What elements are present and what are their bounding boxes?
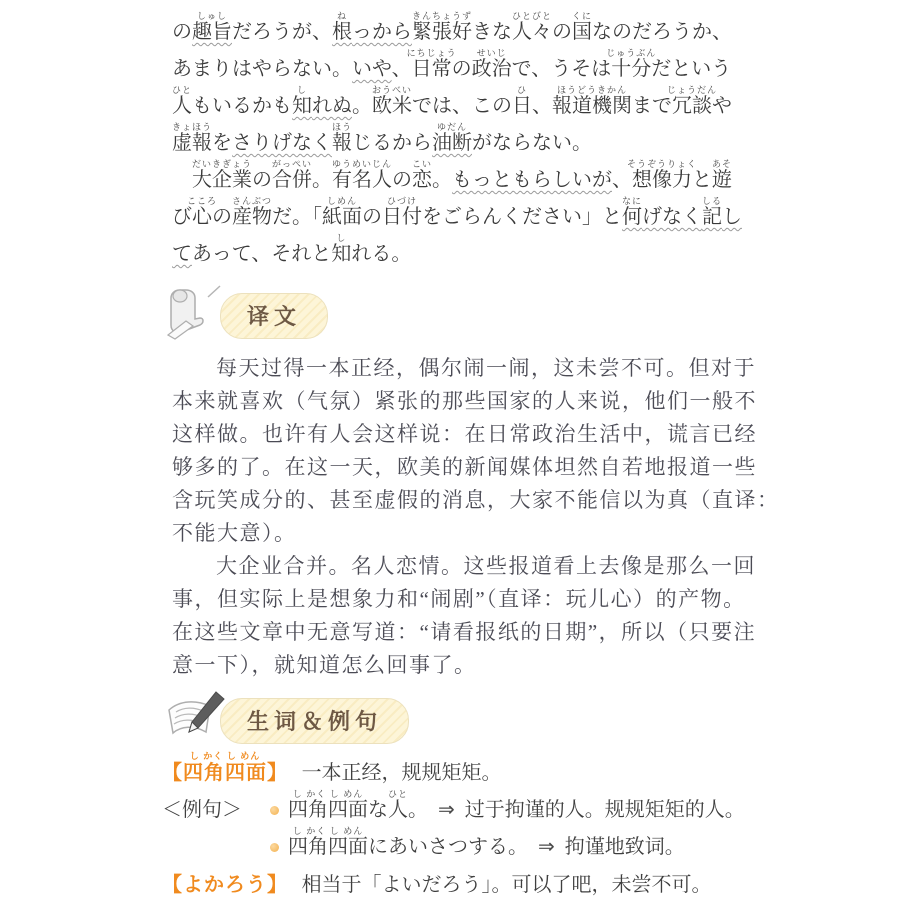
- cn-text-line: 意一下），就知道怎么回事了。: [172, 649, 782, 682]
- vocab-definition: 一本正经，规规矩矩。: [302, 762, 502, 784]
- jp-text-line: 虚報きょほうをさりげなく報ほうじるから油断ゆだんがならない。: [172, 125, 782, 162]
- chinese-translation: 每天过得一本正经，偶尔闹一闹，这未尝不可。但对于本来就喜欢（气氛）紧张的那些国家…: [172, 352, 782, 682]
- section-header-vocab: 生词＆例句: [172, 694, 782, 742]
- example-japanese: 四角四面し かく し めんにあいさつする。: [288, 829, 528, 866]
- vocab-entry: 【よかろう】 相当于「よいだろう」。可以了吧，未尝不可。: [162, 866, 782, 900]
- vocab-entry: 【四角四面し かく し めん】 一本正经，规规矩矩。: [162, 754, 782, 792]
- arrow-glyph: ⇒: [538, 829, 555, 866]
- bullet-icon: [270, 806, 279, 815]
- scroll-icon: [164, 283, 226, 346]
- jp-text-line: の趣旨しゅしだろうが、根ねっから緊張好きんちょうずきな人々ひとびとの国くになのだ…: [172, 14, 782, 51]
- cn-text-line: 大企业合并。名人恋情。这些报道看上去像是那么一回: [172, 550, 782, 583]
- bullet-icon: [270, 843, 279, 852]
- example-japanese: 四角四面し かく し めんな人ひと。: [288, 792, 428, 829]
- cn-text-line: 含玩笑成分的、甚至虚假的消息，大家不能信以为真（直译：: [172, 484, 782, 517]
- example-chinese: 拘谨地致词。: [565, 829, 685, 866]
- jp-text-line: び心こころの産物さんぶつだ。「紙面しめんの日付ひづけをごらんください」と何なにげ…: [172, 199, 782, 236]
- jp-text-line: あまりはやらない。いや、日常にちじょうの政治せいじで、うそは十分じゅうぶんだとい…: [172, 51, 782, 88]
- cn-text-line: 这样做。也许有人会这样说：在日常政治生活中，谎言已经: [172, 418, 782, 451]
- vocab-section-badge: 生词＆例句: [220, 698, 409, 744]
- example-chinese: 过于拘谨的人。规规矩矩的人。: [465, 792, 745, 829]
- cn-text-line: 在这些文章中无意写道：“请看报纸的日期”，所以（只要注: [172, 616, 782, 649]
- example-label: ＜例句＞: [162, 792, 270, 829]
- cn-text-line: 事，但实际上是想象力和“闹剧”（直译：玩儿心）的产物。: [172, 583, 782, 616]
- cn-text-line: 每天过得一本正经，偶尔闹一闹，这未尝不可。但对于: [172, 352, 782, 385]
- vocab-example: 四角四面し かく し めんにあいさつする。 ⇒ 拘谨地致词。: [162, 829, 782, 866]
- vocab-headword: 【四角四面し かく し めん】: [162, 762, 288, 784]
- translation-section-badge: 译文: [220, 293, 328, 339]
- vocab-example: ＜例句＞ 四角四面し かく し めんな人ひと。 ⇒ 过于拘谨的人。规规矩矩的人。: [162, 792, 782, 829]
- vocab-headword: 【よかろう】: [162, 874, 288, 896]
- cn-text-line: 本来就喜欢（气氛）紧张的那些国家的人来说，他们一般不: [172, 385, 782, 418]
- arrow-glyph: ⇒: [438, 792, 455, 829]
- vocab-definition: 相当于「よいだろう」。可以了吧，未尝不可。: [302, 874, 712, 896]
- japanese-passage: の趣旨しゅしだろうが、根ねっから緊張好きんちょうずきな人々ひとびとの国くになのだ…: [172, 14, 782, 273]
- vocab-section: 【四角四面し かく し めん】 一本正经，规规矩矩。 ＜例句＞ 四角四面し かく…: [162, 754, 782, 900]
- cn-text-line: 不能大意）。: [172, 517, 782, 550]
- jp-text-line: 人ひともいるかも知しれぬ。欧米おうべいでは、この日ひ、報道機関ほうどうきかんまで…: [172, 88, 782, 125]
- jp-text-line: 大企業だいきぎょうの合併がっぺい。有名人ゆうめいじんの恋こい。もっともらしいが、…: [172, 162, 782, 199]
- page-content: の趣旨しゅしだろうが、根ねっから緊張好きんちょうずきな人々ひとびとの国くになのだ…: [172, 0, 782, 900]
- jp-text-line: てあって、それと知しれる。: [172, 236, 782, 273]
- notepad-pencil-icon: [164, 688, 228, 749]
- cn-text-line: 够多的了。在这一天，欧美的新闻媒体坦然自若地报道一些: [172, 451, 782, 484]
- section-header-translation: 译文: [172, 289, 782, 337]
- book-page: の趣旨しゅしだろうが、根ねっから緊張好きんちょうずきな人々ひとびとの国くになのだ…: [0, 0, 900, 900]
